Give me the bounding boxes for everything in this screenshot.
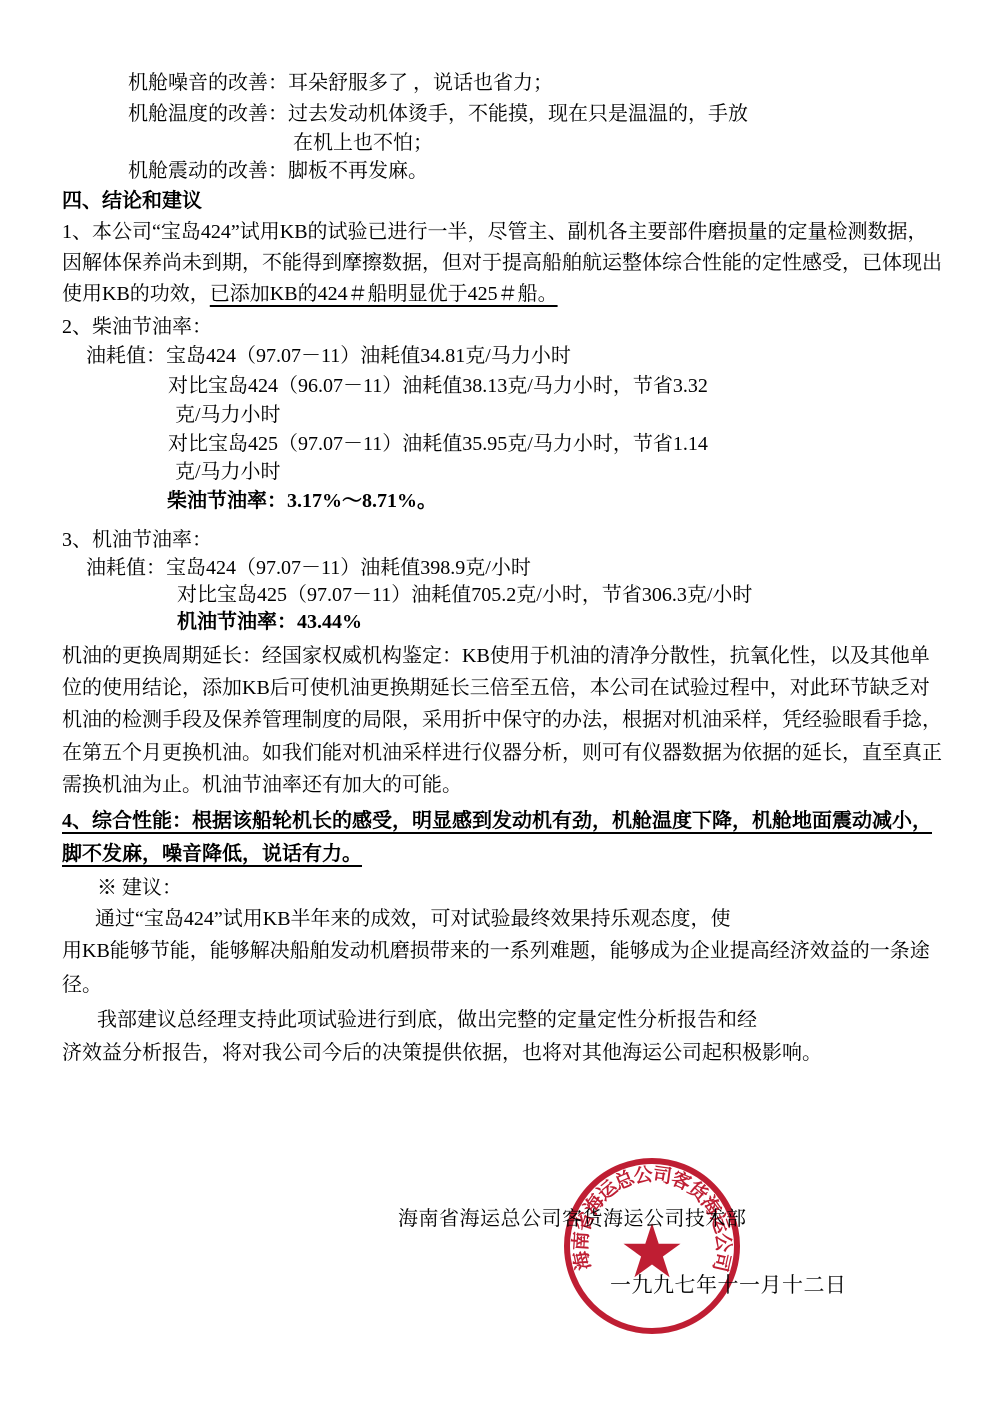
- diesel-line-2: 对比宝岛424（96.07－11）油耗值38.13克/马力小时，节省3.32: [168, 373, 708, 399]
- engine-oil-line-1: 油耗值：宝岛424（97.07－11）油耗值398.9克/小时: [86, 555, 531, 581]
- oil-change-line-3: 机油的检测手段及保养管理制度的局限，采用折中保守的办法，根据对机油采样，凭经验眼…: [62, 707, 942, 733]
- conclusion1-line-3-underlined: 已添加KB的424＃船明显优于425＃船。: [210, 283, 598, 305]
- conclusion1-line-3-normal: 使用KB的功效，: [62, 283, 210, 305]
- suggestion-para2-line-1: 我部建议总经理支持此项试验进行到底，做出完整的定量定性分析报告和经: [97, 1007, 757, 1033]
- section-heading-conclusions: 四、结论和建议: [62, 188, 202, 214]
- engine-oil-heading: 3、机油节油率：: [62, 527, 212, 553]
- conclusion1-line-3: 使用KB的功效，已添加KB的424＃船明显优于425＃船。: [62, 281, 598, 307]
- diesel-line-3: 克/马力小时: [175, 402, 281, 428]
- star-icon: [624, 1223, 681, 1277]
- intro-line-temp-2: 在机上也不怕；: [293, 130, 433, 156]
- conclusion1-line-1: 1、本公司“宝岛424”试用KB的试验已进行一半，尽管主、副机各主要部件磨损量的…: [62, 219, 928, 245]
- company-seal-stamp: 海南省海运总公司客货海运公司: [560, 1154, 744, 1338]
- suggestion-heading: ※ 建议：: [97, 875, 182, 901]
- oil-change-line-4: 在第五个月更换机油。如我们能对机油采样进行仪器分析，则可有仪器数据为依据的延长，…: [62, 740, 942, 766]
- intro-line-vibration: 机舱震动的改善：脚板不再发麻。: [128, 158, 428, 184]
- diesel-line-5: 克/马力小时: [175, 459, 281, 485]
- document-page: { "intro": { "noise": "机舱噪音的改善：耳朵舒服多了 ，说…: [0, 0, 993, 1404]
- suggestion-para1-line-3: 径。: [62, 972, 102, 998]
- performance-line-1: 4、综合性能：根据该船轮机长的感受，明显感到发动机有劲，机舱温度下降，机舱地面震…: [62, 808, 932, 834]
- diesel-line-1: 油耗值：宝岛424（97.07－11）油耗值34.81克/马力小时: [86, 343, 571, 369]
- suggestion-para2-line-2: 济效益分析报告，将对我公司今后的决策提供依据，也将对其他海运公司起积极影响。: [62, 1040, 822, 1066]
- diesel-heading: 2、柴油节油率：: [62, 314, 212, 340]
- oil-change-line-5: 需换机油为止。机油节油率还有加大的可能。: [62, 772, 462, 798]
- diesel-rate: 柴油节油率：3.17%～8.71%。: [167, 488, 437, 514]
- conclusion1-line-2: 因解体保养尚未到期，不能得到摩擦数据，但对于提高船舶航运整体综合性能的定性感受，…: [62, 250, 942, 276]
- oil-change-line-1: 机油的更换周期延长：经国家权威机构鉴定：KB使用于机油的清净分散性，抗氧化性，以…: [62, 643, 930, 669]
- engine-oil-line-2: 对比宝岛425（97.07－11）油耗值705.2克/小时，节省306.3克/小…: [177, 582, 752, 608]
- oil-change-line-2: 位的使用结论，添加KB后可使机油更换期延长三倍至五倍，本公司在试验过程中，对此环…: [62, 675, 930, 701]
- intro-line-noise: 机舱噪音的改善：耳朵舒服多了 ，说话也省力；: [128, 70, 553, 96]
- diesel-line-4: 对比宝岛425（97.07－11）油耗值35.95克/马力小时，节省1.14: [168, 431, 708, 457]
- intro-line-temp-1: 机舱温度的改善：过去发动机体烫手，不能摸，现在只是温温的，手放: [128, 101, 748, 127]
- performance-line-2: 脚不发麻，噪音降低，说话有力。: [62, 841, 402, 867]
- engine-oil-rate: 机油节油率：43.44%: [177, 609, 362, 635]
- suggestion-para1-line-2: 用KB能够节能，能够解决船舶发动机磨损带来的一系列难题，能够成为企业提高经济效益…: [62, 938, 930, 964]
- suggestion-para1-line-1: 通过“宝岛424”试用KB半年来的成效，可对试验最终效果持乐观态度，使: [95, 906, 731, 932]
